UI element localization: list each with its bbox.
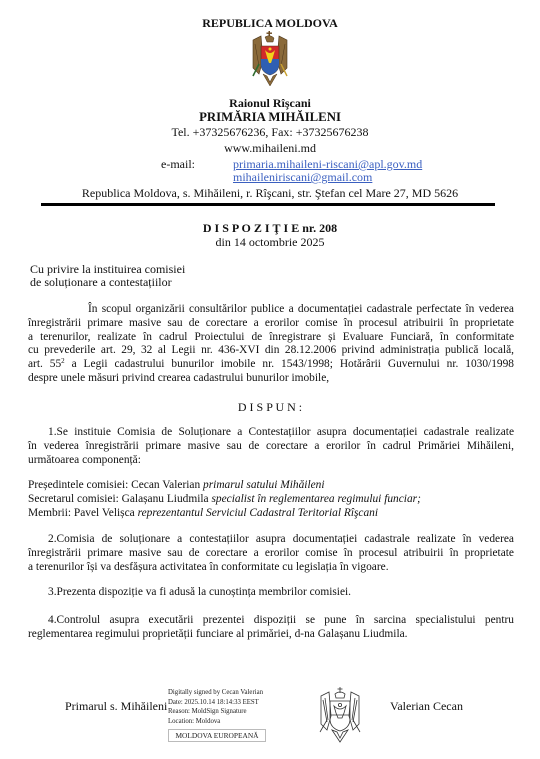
title-number: nr. 208 (302, 221, 337, 235)
dispun-heading: D I S P U N : (0, 400, 540, 414)
document-date: din 14 octombrie 2025 (0, 235, 540, 249)
subject-line-2: de soluționare a contestațiilor (30, 275, 172, 289)
mayor-name: Valerian Cecan (390, 699, 463, 713)
item-4-paragraph: 4.Controlul asupra executării prezentei … (28, 614, 514, 642)
address: Republica Moldova, s. Mihăileni, r. Rîşc… (0, 186, 540, 200)
item-2-paragraph: 2.Comisia de soluționare a contestațiilo… (28, 533, 514, 574)
website: www.mihaileni.md (0, 141, 540, 155)
member-secretary: Secretarul comisiei: Galașanu Liudmila s… (28, 493, 514, 507)
item-3-paragraph: 3.Prezenta dispoziție va fi adusă la cun… (28, 586, 514, 600)
institution-name: PRIMĂRIA MIHĂILENI (0, 110, 540, 125)
moldova-coat-of-arms-icon (249, 30, 291, 90)
title-heading: D I S P O Z I Ţ I E (203, 221, 299, 235)
moldova-coat-of-arms-seal-icon (316, 686, 364, 744)
email-label: e-mail: (161, 157, 195, 171)
email-link-primary[interactable]: primaria.mihaileni-riscani@apl.gov.md (233, 157, 422, 171)
country-heading: REPUBLICA MOLDOVA (0, 16, 540, 30)
commission-members: Președintele comisiei: Cecan Valerian pr… (28, 479, 514, 520)
phone-fax: Tel. +37325676236, Fax: +37325676238 (0, 125, 540, 139)
document-title: D I S P O Z I Ţ I E nr. 208 (0, 221, 540, 235)
subject-line-1: Cu privire la instituirea comisiei (30, 262, 185, 276)
header-separator (41, 203, 495, 206)
mayor-title: Primarul s. Mihăileni (65, 699, 167, 713)
district-name: Raionul Rîşcani (0, 96, 540, 110)
stamp-label: MOLDOVA EUROPEANĂ (168, 729, 266, 742)
preamble-paragraph: În scopul organizării consultărilor publ… (28, 303, 514, 386)
digital-signature-info: Digitally signed by Cecan Valerian Date:… (168, 688, 263, 726)
item-1-paragraph: 1.Se instituie Comisia de Soluționare a … (28, 426, 514, 467)
member-members: Membrii: Pavel Velișca reprezentantul Se… (28, 507, 514, 521)
member-president: Președintele comisiei: Cecan Valerian pr… (28, 479, 514, 493)
email-link-secondary[interactable]: mihaileniriscani@gmail.com (233, 170, 372, 184)
